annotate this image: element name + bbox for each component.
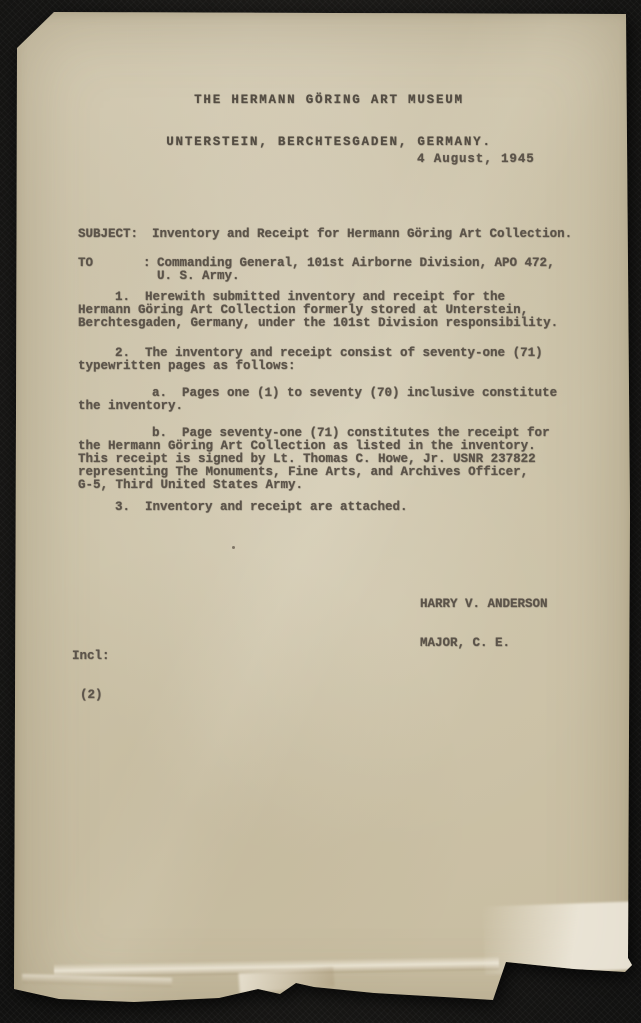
scanned-letter-scene: THE HERMANN GÖRING ART MUSEUM UNTERSTEIN… (0, 0, 641, 1023)
enclosure-count: (2) (72, 689, 132, 702)
signature-name: HARRY V. ANDERSON (420, 598, 548, 611)
enclosure-label: Incl: (72, 650, 132, 663)
signature-title: MAJOR, C. E. (420, 637, 548, 650)
paper-crease (238, 967, 334, 994)
date-line: 4 August, 1945 (417, 153, 535, 166)
paragraph-2a: a. Pages one (1) to seventy (70) inclusi… (78, 387, 584, 413)
subject-row: SUBJECT: Inventory and Receipt for Herma… (78, 228, 572, 241)
to-text: Commanding General, 101st Airborne Divis… (157, 257, 555, 283)
subject-label: SUBJECT: (78, 228, 152, 241)
letter-paper: THE HERMANN GÖRING ART MUSEUM UNTERSTEIN… (14, 12, 632, 1014)
paper-crease (22, 974, 172, 987)
paper-shadow-wrap: THE HERMANN GÖRING ART MUSEUM UNTERSTEIN… (0, 0, 641, 1023)
letterhead: THE HERMANN GÖRING ART MUSEUM UNTERSTEIN… (14, 65, 632, 177)
letterhead-line1: THE HERMANN GÖRING ART MUSEUM (26, 93, 632, 107)
letterhead-line2: UNTERSTEIN, BERCHTESGADEN, GERMANY. (26, 135, 632, 149)
subject-text: Inventory and Receipt for Hermann Göring… (152, 228, 572, 241)
paragraph-2b: b. Page seventy-one (71) constitutes the… (78, 427, 584, 492)
signature-block: HARRY V. ANDERSON MAJOR, C. E. (420, 572, 548, 676)
ink-speck (232, 546, 235, 549)
paragraph-1: 1. Herewith submitted inventory and rece… (78, 291, 584, 330)
to-row: TO : Commanding General, 101st Airborne … (78, 257, 555, 283)
enclosure-block: Incl: (2) (72, 624, 132, 728)
torn-flap-highlight (483, 901, 635, 974)
paragraph-3: 3. Inventory and receipt are attached. (78, 501, 584, 514)
to-colon: : (143, 257, 151, 283)
to-label: TO (78, 257, 143, 283)
paper-crease (54, 956, 499, 978)
paragraph-2: 2. The inventory and receipt consist of … (78, 347, 584, 373)
